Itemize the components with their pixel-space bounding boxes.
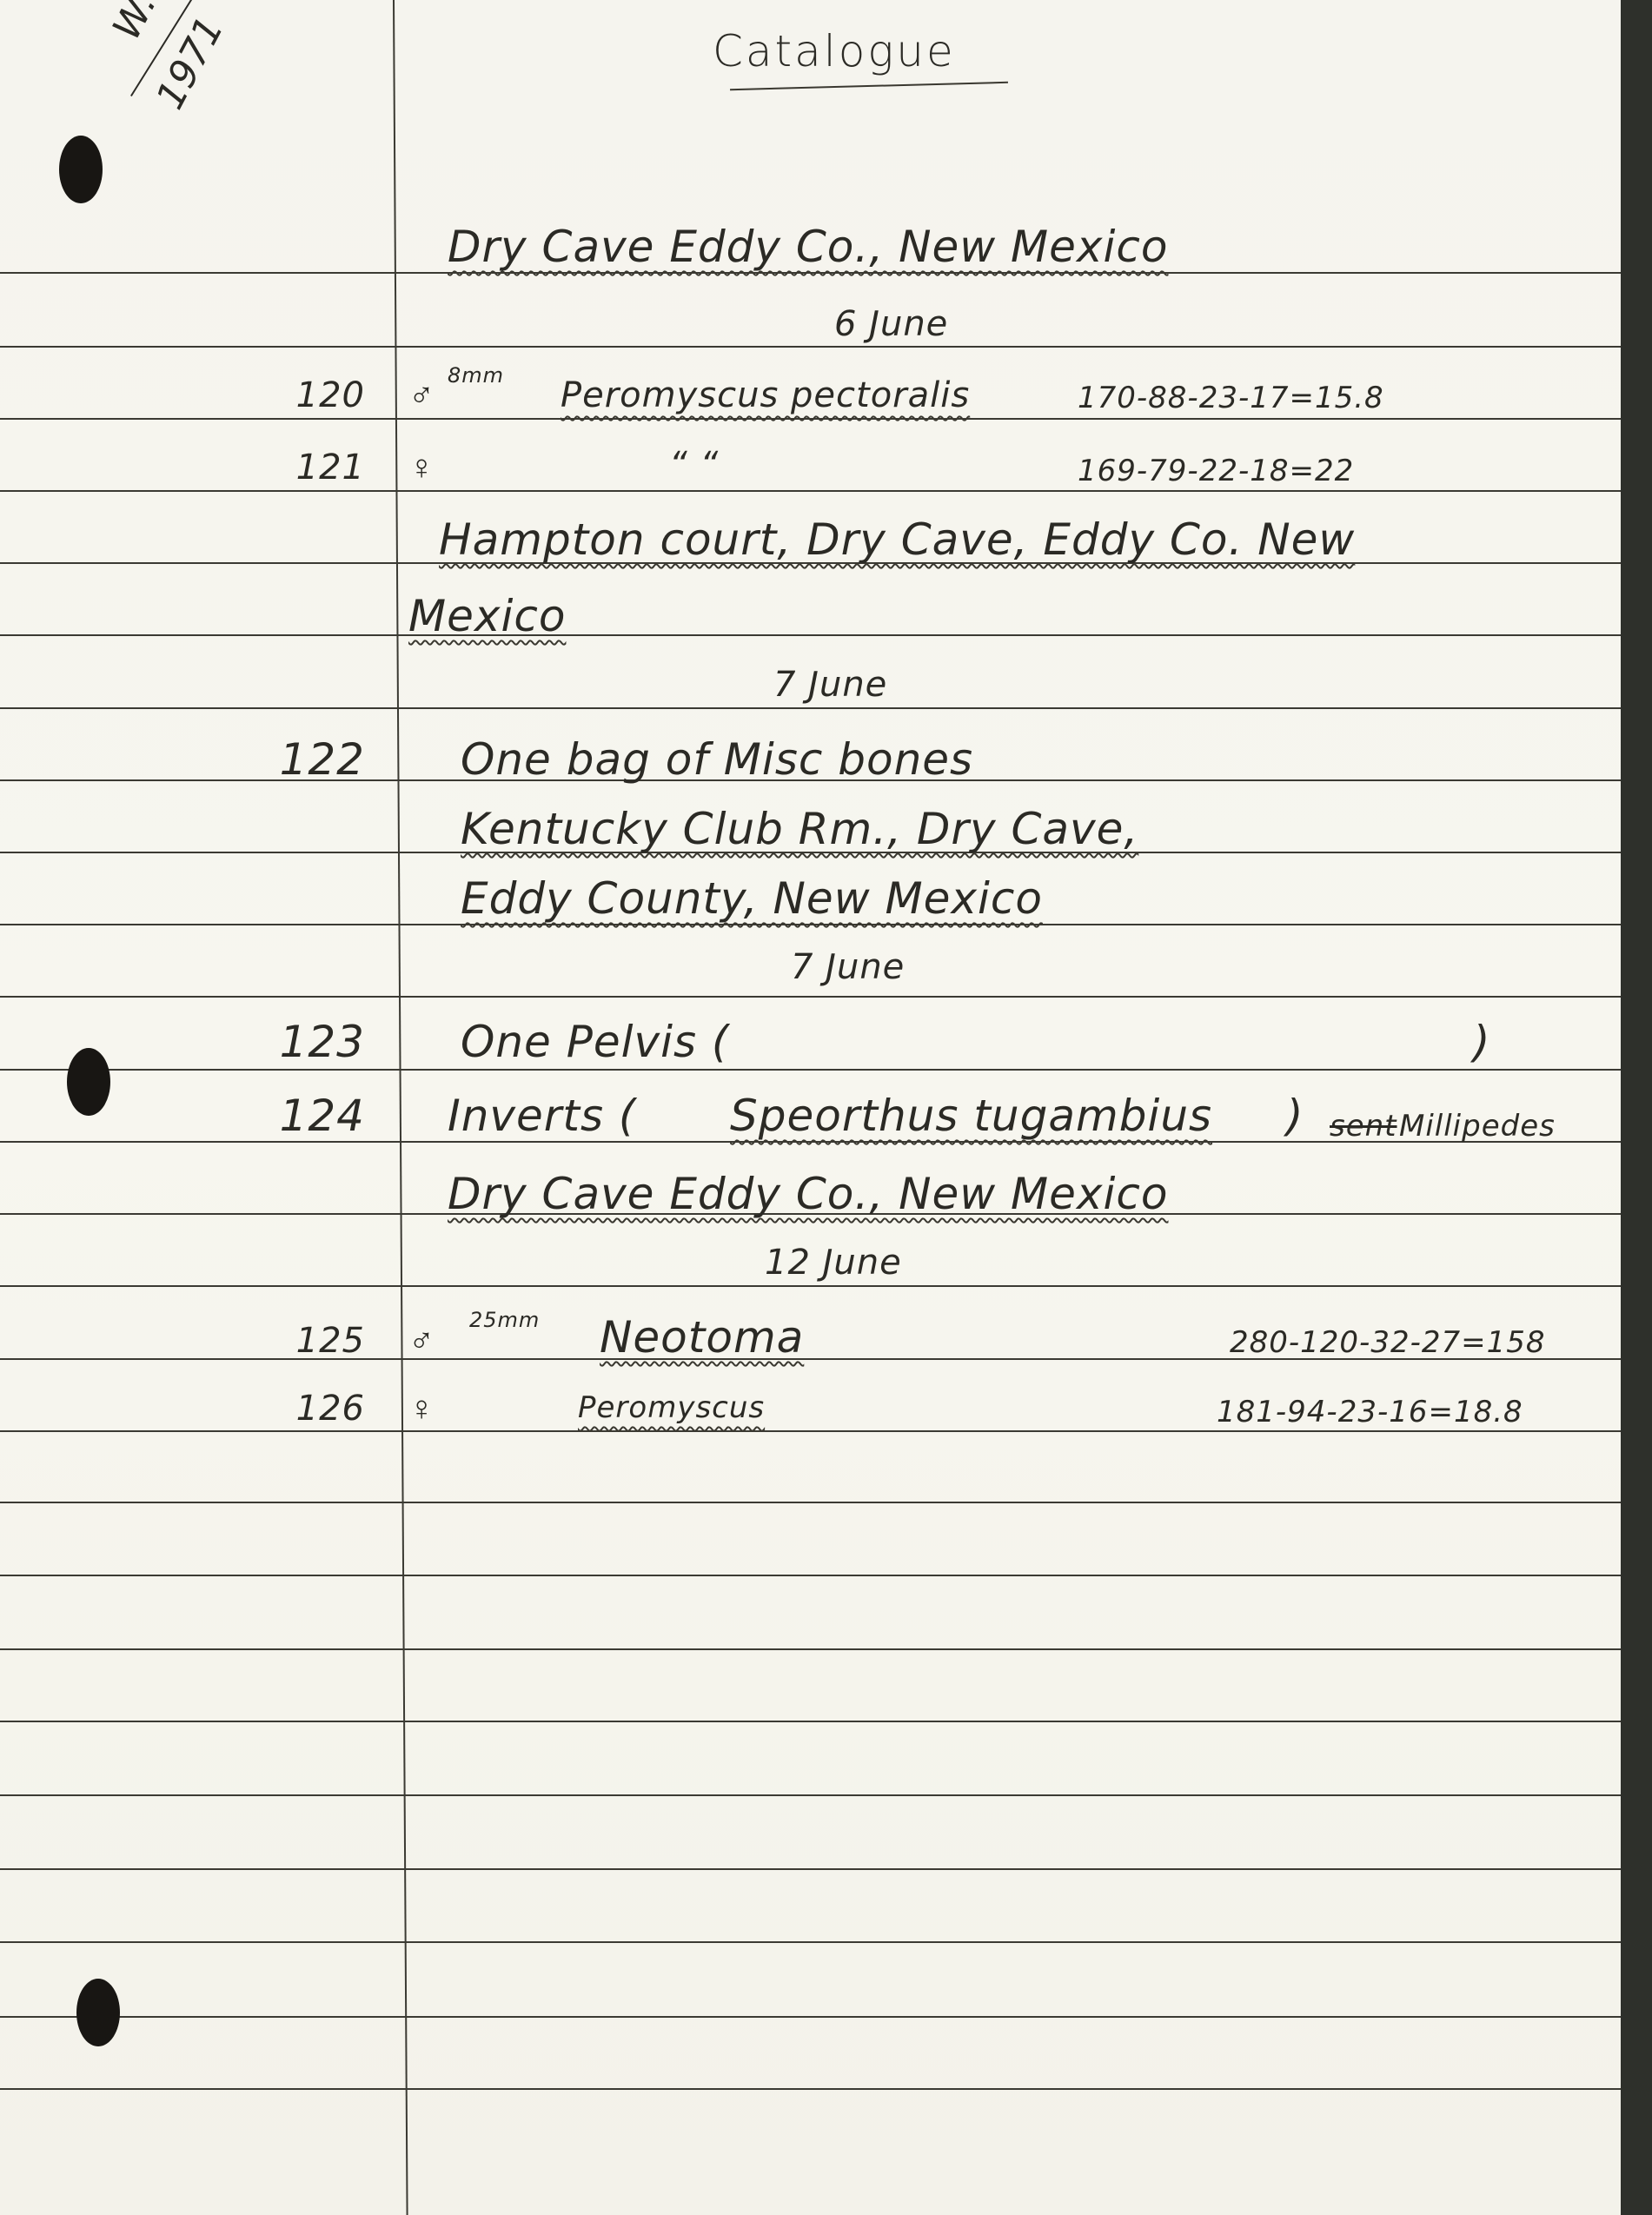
ruled-line <box>0 1285 1625 1287</box>
measurements: 170-88-23-17=15.8 <box>1078 381 1384 415</box>
taxon-name: Neotoma <box>600 1312 804 1363</box>
catalogue-number: 124 <box>209 1091 365 1141</box>
page-title: Catalogue <box>713 26 956 76</box>
punch-hole <box>67 1048 110 1116</box>
female-symbol-icon: ♀ <box>408 1389 435 1429</box>
ruled-line <box>0 2088 1625 2090</box>
ruled-line <box>0 1502 1625 1503</box>
ruled-line <box>0 634 1625 636</box>
female-symbol-icon: ♀ <box>408 448 435 487</box>
title-underline <box>730 82 1008 90</box>
ruled-line <box>0 1721 1625 1722</box>
catalogue-number: 125 <box>209 1321 365 1361</box>
catalogue-number: 122 <box>209 734 365 785</box>
sub-date: 7 June <box>791 947 905 987</box>
notebook-page: W.R.S. 1971 Catalogue Dry Cave Eddy Co.,… <box>0 0 1625 2215</box>
corner-year: 1971 <box>148 10 233 116</box>
catalogue-number: 120 <box>209 375 365 415</box>
ruled-line <box>0 346 1625 348</box>
ruled-line <box>0 1794 1625 1796</box>
entry-description: Inverts ( <box>448 1091 636 1141</box>
entry-note: Millipedes <box>1399 1109 1556 1144</box>
ruled-line <box>0 1430 1625 1432</box>
taxon-name: Peromyscus <box>578 1390 765 1425</box>
ruled-line <box>0 490 1625 492</box>
ruled-line <box>0 1648 1625 1650</box>
section-locality: Hampton court, Dry Cave, Eddy Co. New <box>439 514 1355 565</box>
ruled-line <box>0 924 1625 925</box>
sub-locality: Kentucky Club Rm., Dry Cave, <box>461 804 1138 854</box>
ruled-line <box>0 1575 1625 1576</box>
taxon-name: Peromyscus pectoralis <box>561 375 970 415</box>
entry-description: One Pelvis ( <box>461 1017 729 1067</box>
measurements: 181-94-23-16=18.8 <box>1217 1395 1523 1429</box>
punch-hole <box>76 1979 120 2046</box>
section-date: 6 June <box>834 304 948 344</box>
section-locality: Dry Cave Eddy Co., New Mexico <box>448 1169 1169 1219</box>
taxon-name: Speorthus tugambius <box>730 1091 1212 1141</box>
scan-edge <box>1621 0 1652 2215</box>
ruled-line <box>0 2016 1625 2018</box>
section-date: 7 June <box>773 665 887 705</box>
ruled-line <box>0 418 1625 420</box>
ruled-line <box>0 1868 1625 1870</box>
sex-note: 8mm <box>448 363 504 388</box>
catalogue-number: 126 <box>209 1389 365 1429</box>
struck-word: sent <box>1330 1109 1397 1144</box>
ruled-line <box>0 707 1625 709</box>
punch-hole <box>59 136 103 203</box>
sub-locality-continued: Eddy County, New Mexico <box>461 873 1043 924</box>
male-symbol-icon: ♂ <box>408 375 435 415</box>
ruled-line <box>0 1941 1625 1943</box>
catalogue-number: 121 <box>209 448 365 487</box>
closing-parenthesis: ) <box>1286 1091 1304 1141</box>
male-symbol-icon: ♂ <box>408 1321 435 1361</box>
section-locality-continued: Mexico <box>408 591 566 641</box>
entry-description: One bag of Misc bones <box>461 734 973 785</box>
catalogue-number: 123 <box>209 1017 365 1067</box>
ruled-line <box>0 1069 1625 1071</box>
margin-line <box>393 0 408 2215</box>
measurements: 280-120-32-27=158 <box>1230 1325 1546 1360</box>
ruled-line <box>0 272 1625 274</box>
ruled-line <box>0 996 1625 998</box>
section-date: 12 June <box>765 1243 902 1283</box>
sex-note: 25mm <box>469 1308 540 1332</box>
section-locality: Dry Cave Eddy Co., New Mexico <box>448 222 1169 272</box>
closing-parenthesis: ) <box>1473 1017 1491 1067</box>
ditto-marks: “ “ <box>669 445 719 485</box>
measurements: 169-79-22-18=22 <box>1078 454 1354 488</box>
